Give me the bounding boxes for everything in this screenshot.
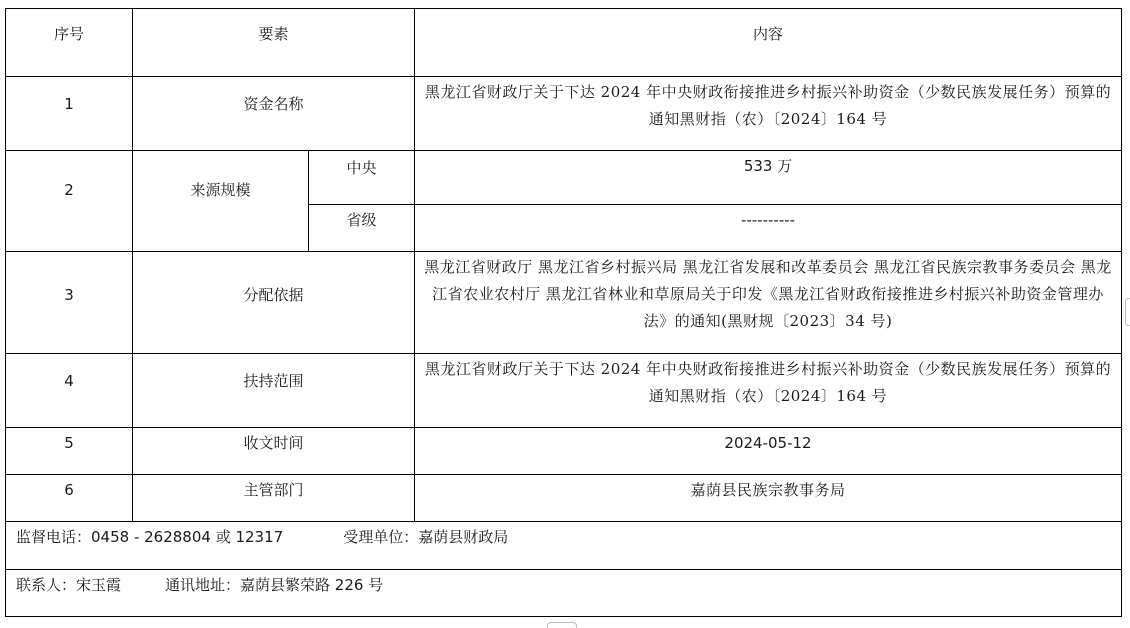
row-element: 资金名称: [133, 77, 415, 151]
row-content: 黑龙江省财政厅关于下达 2024 年中央财政衔接推进乡村振兴补助资金（少数民族发…: [415, 354, 1122, 428]
row-element: 扶持范围: [133, 354, 415, 428]
table-row: 2 来源规模 中央 533 万: [6, 151, 1122, 205]
sub-label-central: 中央: [309, 151, 415, 205]
table-row: 5 收文时间 2024-05-12: [6, 428, 1122, 475]
sub-content-provincial: ----------: [415, 205, 1122, 252]
side-scroll-handle[interactable]: [1125, 298, 1130, 326]
row-element: 分配依据: [133, 252, 415, 354]
row-content: 黑龙江省财政厅 黑龙江省乡村振兴局 黑龙江省发展和改革委员会 黑龙江省民族宗教事…: [415, 252, 1122, 354]
row-element: 主管部门: [133, 475, 415, 522]
row-content: 嘉荫县民族宗教事务局: [415, 475, 1122, 522]
row-element: 收文时间: [133, 428, 415, 475]
row-content: 2024-05-12: [415, 428, 1122, 475]
header-row: 序号 要素 内容: [6, 9, 1122, 77]
footer-row-supervision: 监督电话：0458 - 2628804 或 12317受理单位：嘉荫县财政局: [6, 522, 1122, 570]
row-index: 2: [6, 151, 133, 252]
mailing-address: 通讯地址：嘉荫县繁荣路 226 号: [165, 576, 383, 594]
table-row: 6 主管部门 嘉荫县民族宗教事务局: [6, 475, 1122, 522]
header-index: 序号: [6, 9, 133, 77]
header-content: 内容: [415, 9, 1122, 77]
footer-row-contact: 联系人：宋玉霞通讯地址：嘉荫县繁荣路 226 号: [6, 570, 1122, 617]
table-row: 1 资金名称 黑龙江省财政厅关于下达 2024 年中央财政衔接推进乡村振兴补助资…: [6, 77, 1122, 151]
row-index: 3: [6, 252, 133, 354]
supervision-phone: 监督电话：0458 - 2628804 或 12317: [16, 528, 283, 546]
row-content: 黑龙江省财政厅关于下达 2024 年中央财政衔接推进乡村振兴补助资金（少数民族发…: [415, 77, 1122, 151]
row-index: 6: [6, 475, 133, 522]
footer-supervision-cell: 监督电话：0458 - 2628804 或 12317受理单位：嘉荫县财政局: [6, 522, 1122, 570]
fund-info-table: 序号 要素 内容 1 资金名称 黑龙江省财政厅关于下达 2024 年中央财政衔接…: [5, 8, 1122, 617]
page-resize-handle[interactable]: [547, 622, 577, 628]
table-row: 3 分配依据 黑龙江省财政厅 黑龙江省乡村振兴局 黑龙江省发展和改革委员会 黑龙…: [6, 252, 1122, 354]
row-index: 5: [6, 428, 133, 475]
handling-unit: 受理单位：嘉荫县财政局: [343, 528, 508, 546]
table-row: 4 扶持范围 黑龙江省财政厅关于下达 2024 年中央财政衔接推进乡村振兴补助资…: [6, 354, 1122, 428]
row-element: 来源规模: [133, 151, 309, 252]
row-index: 1: [6, 77, 133, 151]
sub-label-provincial: 省级: [309, 205, 415, 252]
row-index: 4: [6, 354, 133, 428]
contact-person: 联系人：宋玉霞: [16, 576, 121, 594]
footer-contact-cell: 联系人：宋玉霞通讯地址：嘉荫县繁荣路 226 号: [6, 570, 1122, 617]
sub-content-central: 533 万: [415, 151, 1122, 205]
header-element: 要素: [133, 9, 415, 77]
